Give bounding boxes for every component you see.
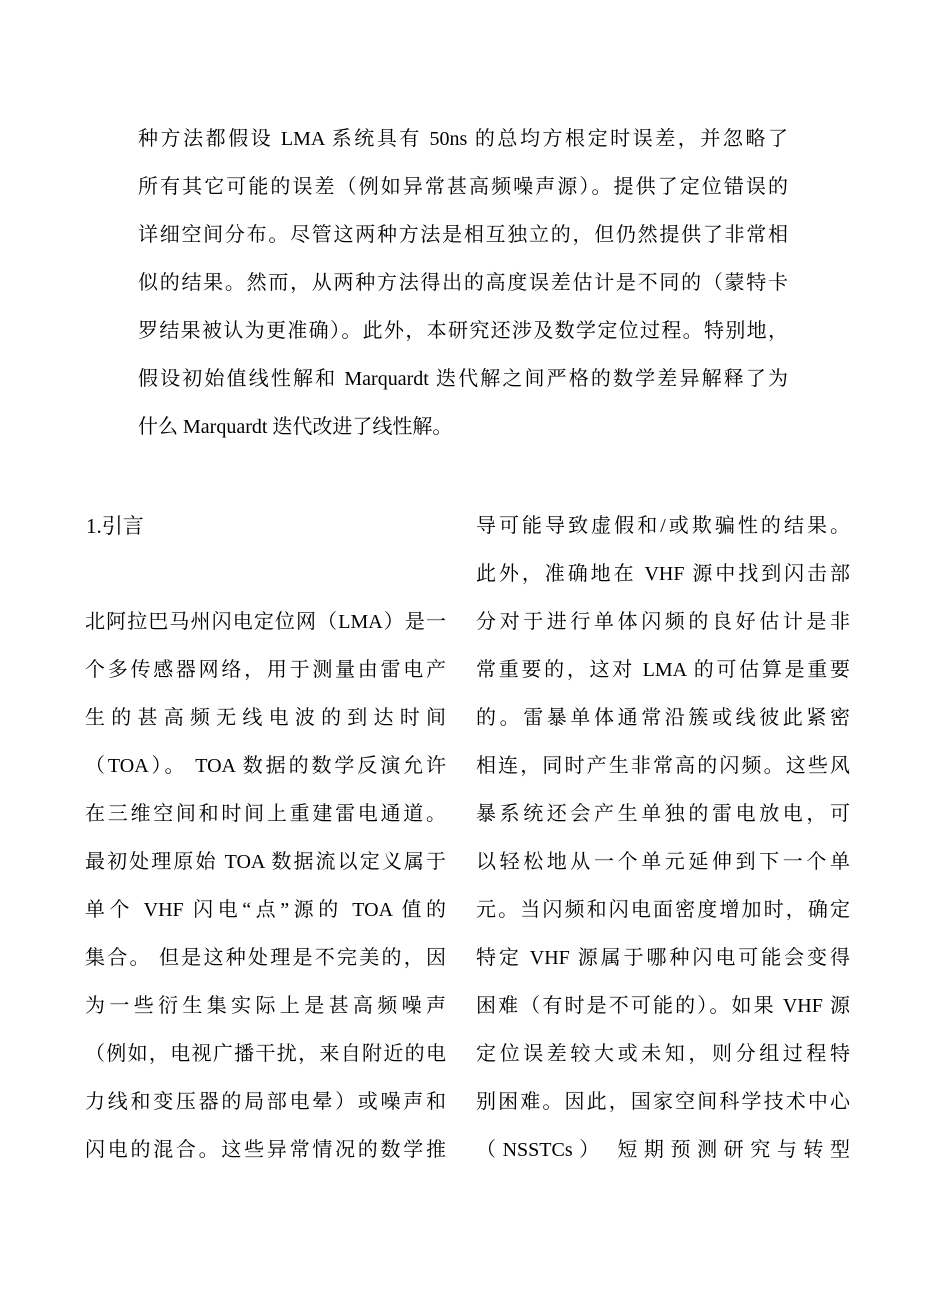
text-line: 种方法都假设 LMA 系统具有 50ns 的总均方根定时误差，并忽略了	[138, 115, 788, 163]
text-line: （例如，电视广播干扰，来自附近的电	[85, 1030, 446, 1078]
section-heading: 1.引言	[86, 502, 446, 550]
text-line: 导可能导致虚假和/或欺骗性的结果。	[476, 502, 850, 550]
left-column: 北阿拉巴马州闪电定位网（LMA）是一个多传感器网络，用于测量由雷电产生的甚高频无…	[85, 598, 446, 1174]
text-line: （NSSTCs） 短期预测研究与转型	[476, 1126, 850, 1174]
text-line: 暴系统还会产生单独的雷电放电，可	[476, 790, 850, 838]
text-line: 力线和变压器的局部电晕）或噪声和	[85, 1078, 446, 1126]
text-line: 假设初始值线性解和 Marquardt 迭代解之间严格的数学差异解释了为	[138, 355, 788, 403]
text-line: （TOA）。 TOA 数据的数学反演允许	[85, 742, 446, 790]
text-line: 定位误差较大或未知，则分组过程特	[476, 1030, 850, 1078]
text-line: 什么 Marquardt 迭代改进了线性解。	[138, 403, 788, 451]
text-line: 分对于进行单体闪频的良好估计是非	[476, 598, 850, 646]
text-line: 为一些衍生集实际上是甚高频噪声	[85, 982, 446, 1030]
text-line: 北阿拉巴马州闪电定位网（LMA）是一	[85, 598, 446, 646]
right-column: 导可能导致虚假和/或欺骗性的结果。此外，准确地在 VHF 源中找到闪击部分对于进…	[476, 502, 850, 1174]
document-page: 种方法都假设 LMA 系统具有 50ns 的总均方根定时误差，并忽略了所有其它可…	[0, 0, 926, 1309]
text-line: 常重要的，这对 LMA 的可估算是重要	[476, 646, 850, 694]
text-line: 详细空间分布。尽管这两种方法是相互独立的，但仍然提供了非常相	[138, 211, 788, 259]
text-line: 闪电的混合。这些异常情况的数学推	[85, 1126, 446, 1174]
text-line: 个多传感器网络，用于测量由雷电产	[85, 646, 446, 694]
text-line: 的。雷暴单体通常沿簇或线彼此紧密	[476, 694, 850, 742]
text-line: 困难（有时是不可能的）。如果 VHF 源	[476, 982, 850, 1030]
text-line: 最初处理原始 TOA 数据流以定义属于	[85, 838, 446, 886]
text-line: 别困难。因此，国家空间科学技术中心	[476, 1078, 850, 1126]
text-line: 罗结果被认为更准确）。此外，本研究还涉及数学定位过程。特别地，	[138, 307, 788, 355]
text-line: 以轻松地从一个单元延伸到下一个单	[476, 838, 850, 886]
text-line: 在三维空间和时间上重建雷电通道。	[85, 790, 446, 838]
text-line: 元。当闪频和闪电面密度增加时，确定	[476, 886, 850, 934]
text-line: 集合。 但是这种处理是不完美的，因	[85, 934, 446, 982]
text-line: 此外，准确地在 VHF 源中找到闪击部	[476, 550, 850, 598]
text-line: 似的结果。然而，从两种方法得出的高度误差估计是不同的（蒙特卡	[138, 259, 788, 307]
text-line: 特定 VHF 源属于哪种闪电可能会变得	[476, 934, 850, 982]
text-line: 所有其它可能的误差（例如异常甚高频噪声源）。提供了定位错误的	[138, 163, 788, 211]
text-line: 单个 VHF 闪电“点”源的 TOA 值的	[85, 886, 446, 934]
text-line: 生的甚高频无线电波的到达时间	[85, 694, 446, 742]
intro-paragraph: 种方法都假设 LMA 系统具有 50ns 的总均方根定时误差，并忽略了所有其它可…	[138, 115, 788, 451]
text-line: 相连，同时产生非常高的闪频。这些风	[476, 742, 850, 790]
